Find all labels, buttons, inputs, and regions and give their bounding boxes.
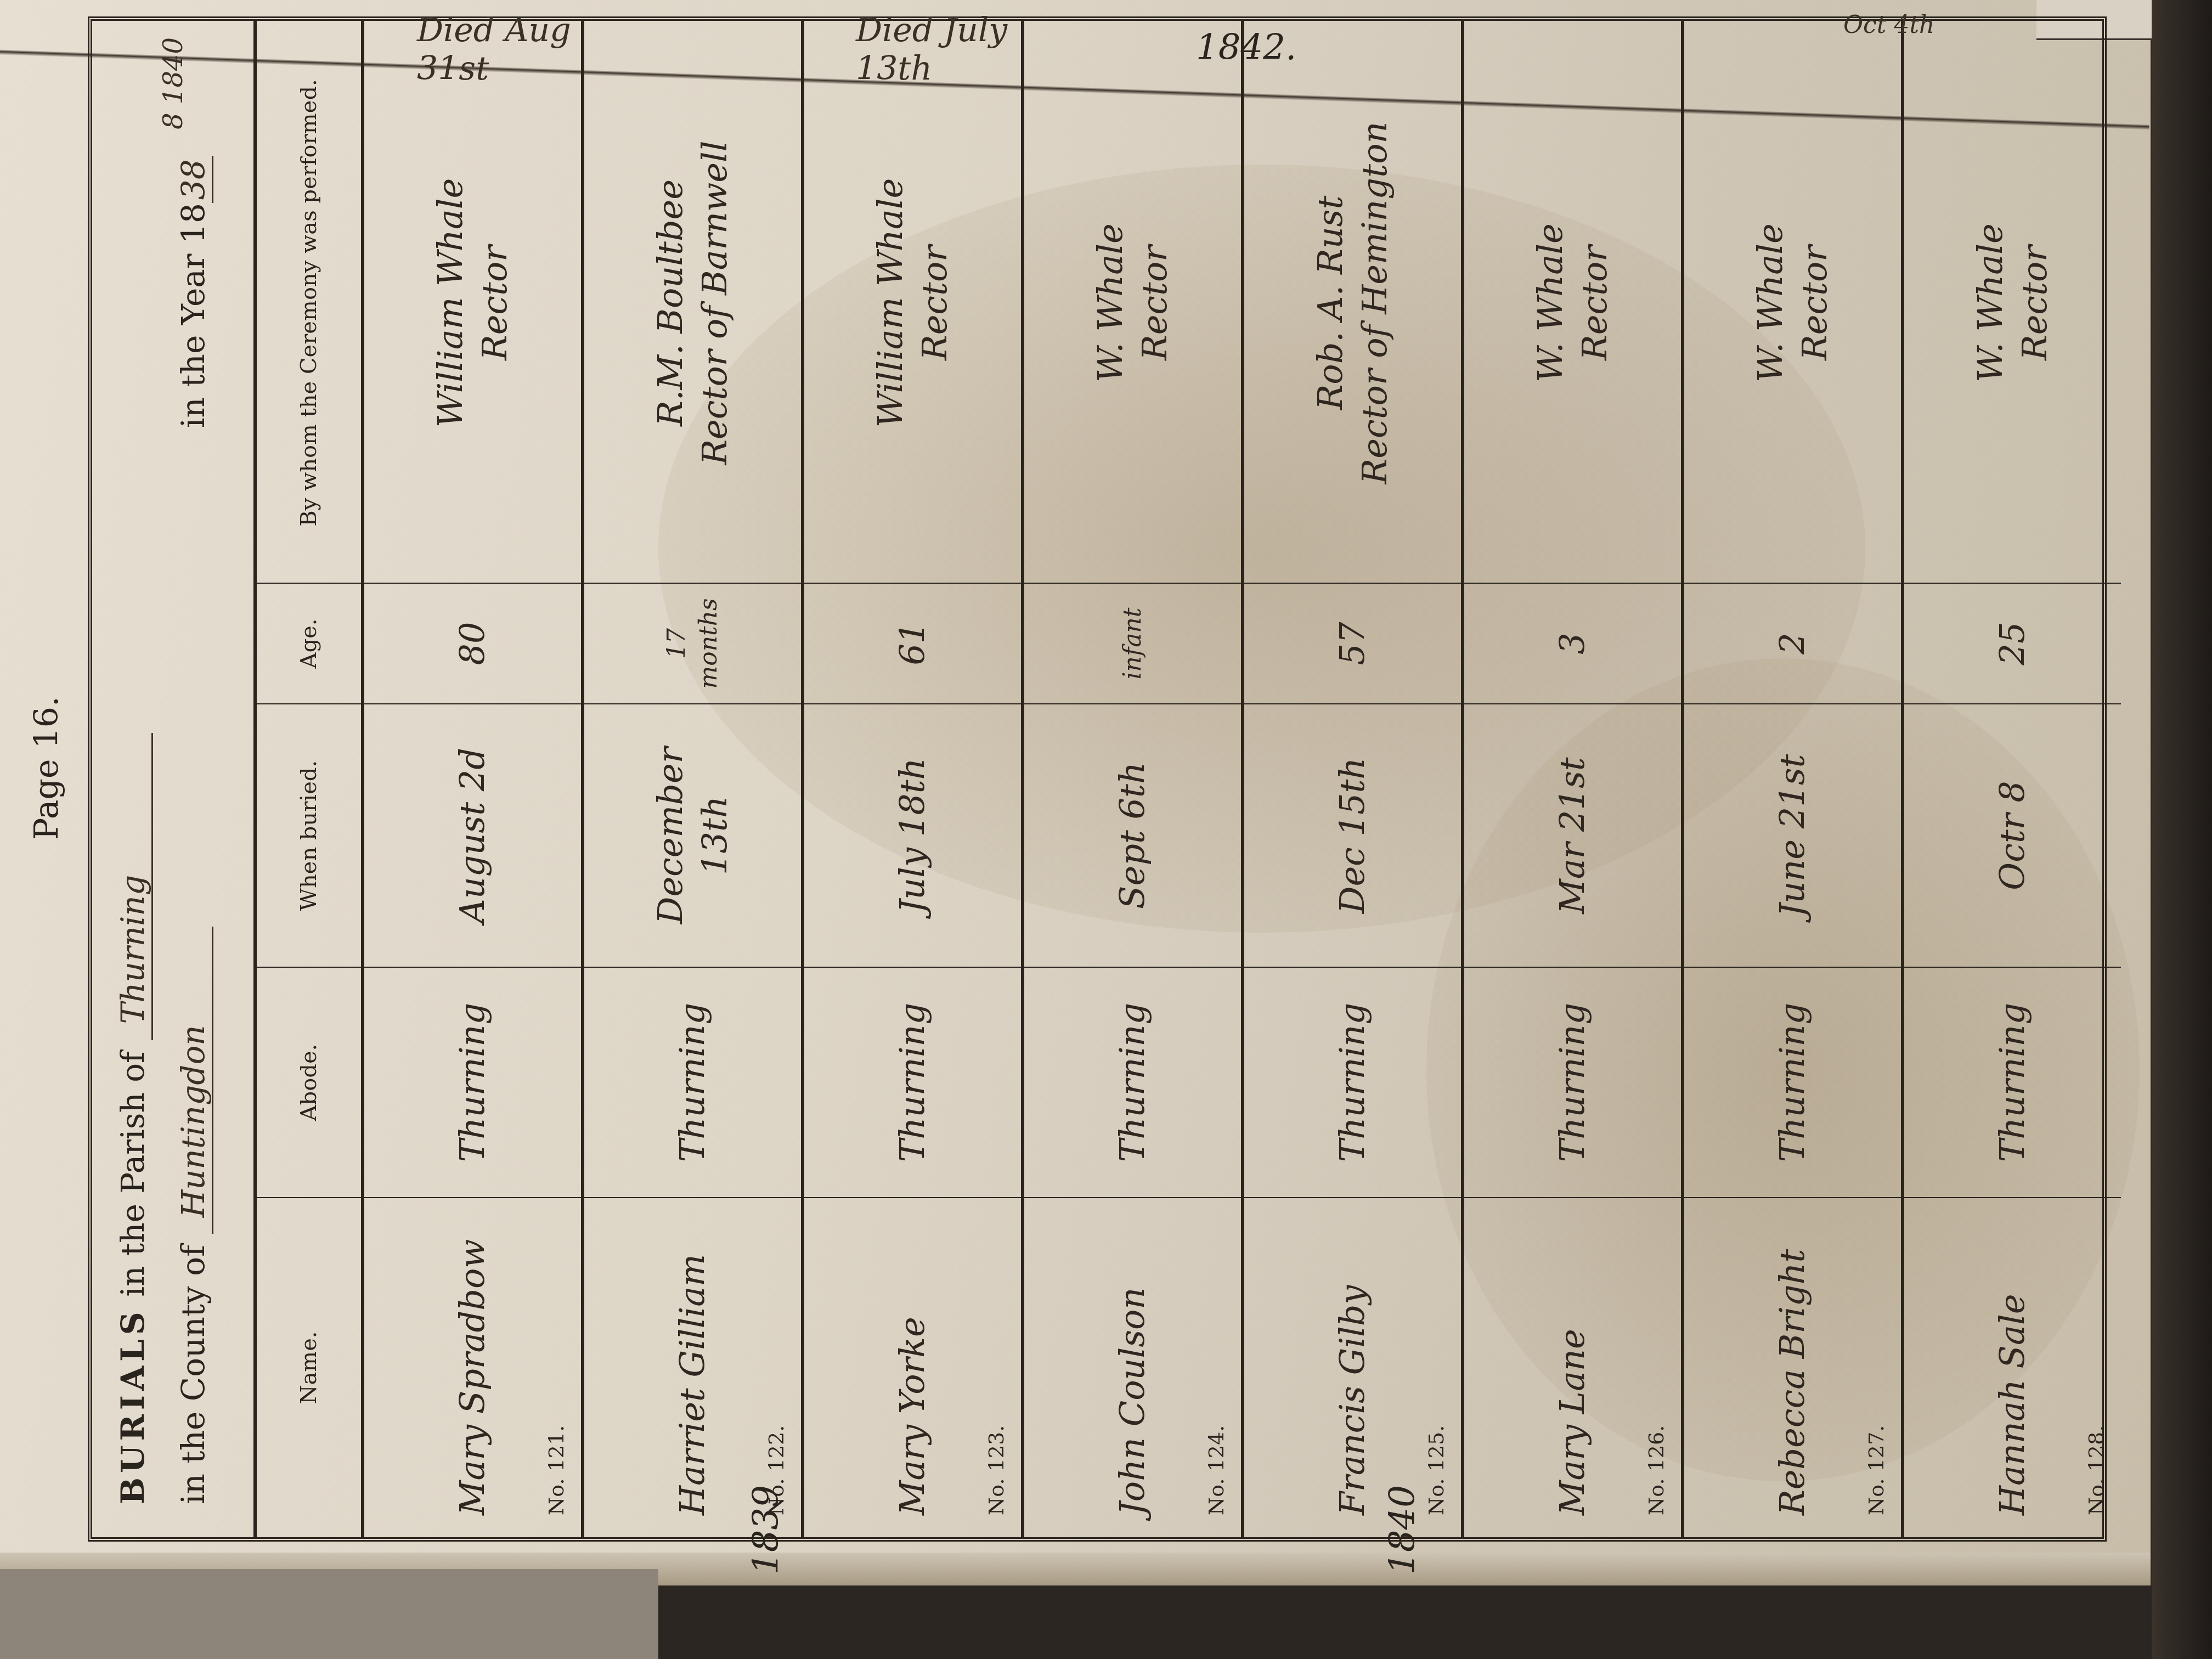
entry-officiant: W. Whale Rector [1464, 23, 1681, 583]
entry-abode: Thurning [1464, 967, 1681, 1197]
year-value: 38 [174, 156, 213, 203]
entry-name: Francis GilbyNo. 125. [1244, 1197, 1461, 1537]
entry-number: No. 128. [2083, 1425, 2110, 1515]
column-name: Name. [257, 1197, 361, 1537]
table-row: Mary LaneNo. 126. Thurning Mar 21st 3 W.… [1464, 21, 1684, 1537]
margin-note-123: Died July 13th [856, 11, 1020, 88]
entry-officiant: William Whale Rector [364, 23, 581, 583]
entry-name: Mary YorkeNo. 123. [804, 1197, 1021, 1537]
entry-age: 2 [1684, 583, 1901, 703]
entry-when-buried: August 2d [364, 703, 581, 967]
entry-when-buried: June 21st [1684, 703, 1901, 967]
column-headers: Name. Abode. When buried. Age. By whom t… [257, 21, 364, 1537]
column-when-buried: When buried. [257, 703, 361, 967]
register-table: BURIALS in the Parish of Thurning in the… [88, 16, 2107, 1542]
entry-when-buried: December 13th [584, 703, 801, 967]
table-row: Mary SpradbowNo. 121. Thurning August 2d… [364, 21, 584, 1537]
parish-value: Thurning [114, 733, 153, 1040]
corner-note: 8 1840 [158, 37, 189, 129]
entry-abode: Thurning [584, 967, 801, 1197]
entry-number: No. 125. [1423, 1425, 1450, 1515]
register-header: BURIALS in the Parish of Thurning in the… [92, 21, 257, 1537]
entry-age: 25 [1904, 583, 2121, 703]
entry-number: No. 127. [1863, 1425, 1890, 1515]
entry-number: No. 124. [1203, 1425, 1230, 1515]
entry-number: No. 126. [1643, 1425, 1670, 1515]
year-marker-1842: 1842. [1196, 27, 1296, 68]
entry-officiant: W. Whale Rector [1904, 23, 2121, 583]
margin-note-121: Died Aug 31st [417, 11, 582, 88]
column-officiant: By whom the Ceremony was performed. [257, 23, 361, 583]
entry-when-buried: July 18th [804, 703, 1021, 967]
table-row: Harriet GilliamNo. 122. Thurning Decembe… [584, 21, 804, 1537]
entry-age: 61 [804, 583, 1021, 703]
entry-abode: Thurning [804, 967, 1021, 1197]
county-label: in the County of [174, 1245, 212, 1504]
table-row: Rebecca BrightNo. 127. Thurning June 21s… [1684, 21, 1904, 1537]
entry-age: infant [1024, 583, 1241, 703]
entry-abode: Thurning [1904, 967, 2121, 1197]
parish-label: in the Parish of [114, 1051, 151, 1296]
page-number: Page 16. [27, 0, 66, 1564]
margin-note-128: Oct 4th [1843, 11, 1953, 39]
title-burials: BURIALS [114, 1307, 151, 1504]
entry-officiant: Rob. A. Rust Rector of Hemington [1244, 23, 1461, 583]
entry-age: 80 [364, 583, 581, 703]
entry-age: 57 [1244, 583, 1461, 703]
entry-name: Mary LaneNo. 126. [1464, 1197, 1681, 1537]
entry-when-buried: Mar 21st [1464, 703, 1681, 967]
entry-officiant: R.M. Boultbee Rector of Barnwell [584, 23, 801, 583]
entry-name: Mary SpradbowNo. 121. [364, 1197, 581, 1537]
entry-number: No. 123. [983, 1425, 1010, 1515]
underlying-book-page [0, 1569, 658, 1659]
burial-register-page: Page 16. BURIALS in the Parish of Thurni… [22, 0, 2107, 1564]
entry-officiant: William Whale Rector [804, 23, 1021, 583]
entry-name: Rebecca BrightNo. 127. [1684, 1197, 1901, 1537]
entry-name: Hannah SaleNo. 128. [1904, 1197, 2121, 1537]
entry-when-buried: Sept 6th [1024, 703, 1241, 967]
year-label: in the Year 18 [174, 203, 212, 428]
entry-officiant: W. Whale Rector [1024, 23, 1241, 583]
entry-when-buried: Dec 15th [1244, 703, 1461, 967]
entry-age: 17 months [584, 583, 801, 703]
table-row: John CoulsonNo. 124. Thurning Sept 6th i… [1024, 21, 1244, 1537]
entry-abode: Thurning [1684, 967, 1901, 1197]
entry-name: John CoulsonNo. 124. [1024, 1197, 1241, 1537]
county-value: Huntingdon [174, 927, 213, 1234]
book-spine-shadow [2152, 0, 2212, 1659]
year-marker-1839: 1839 [746, 1485, 787, 1575]
table-row: Mary YorkeNo. 123. Thurning July 18th 61… [804, 21, 1024, 1537]
table-row: Hannah SaleNo. 128. Thurning Octr 8 25 W… [1904, 21, 2121, 1537]
year-field: in the Year 1838 8 1840 [174, 54, 212, 428]
entry-abode: Thurning [364, 967, 581, 1197]
column-age: Age. [257, 583, 361, 703]
year-marker-1840: 1840 [1383, 1485, 1423, 1575]
entry-number: No. 121. [543, 1425, 570, 1515]
table-row: Francis GilbyNo. 125. Thurning Dec 15th … [1244, 21, 1464, 1537]
entry-abode: Thurning [1024, 967, 1241, 1197]
entry-when-buried: Octr 8 [1904, 703, 2121, 967]
column-abode: Abode. [257, 967, 361, 1197]
entry-abode: Thurning [1244, 967, 1461, 1197]
entry-age: 3 [1464, 583, 1681, 703]
entry-officiant: W. Whale Rector [1684, 23, 1901, 583]
